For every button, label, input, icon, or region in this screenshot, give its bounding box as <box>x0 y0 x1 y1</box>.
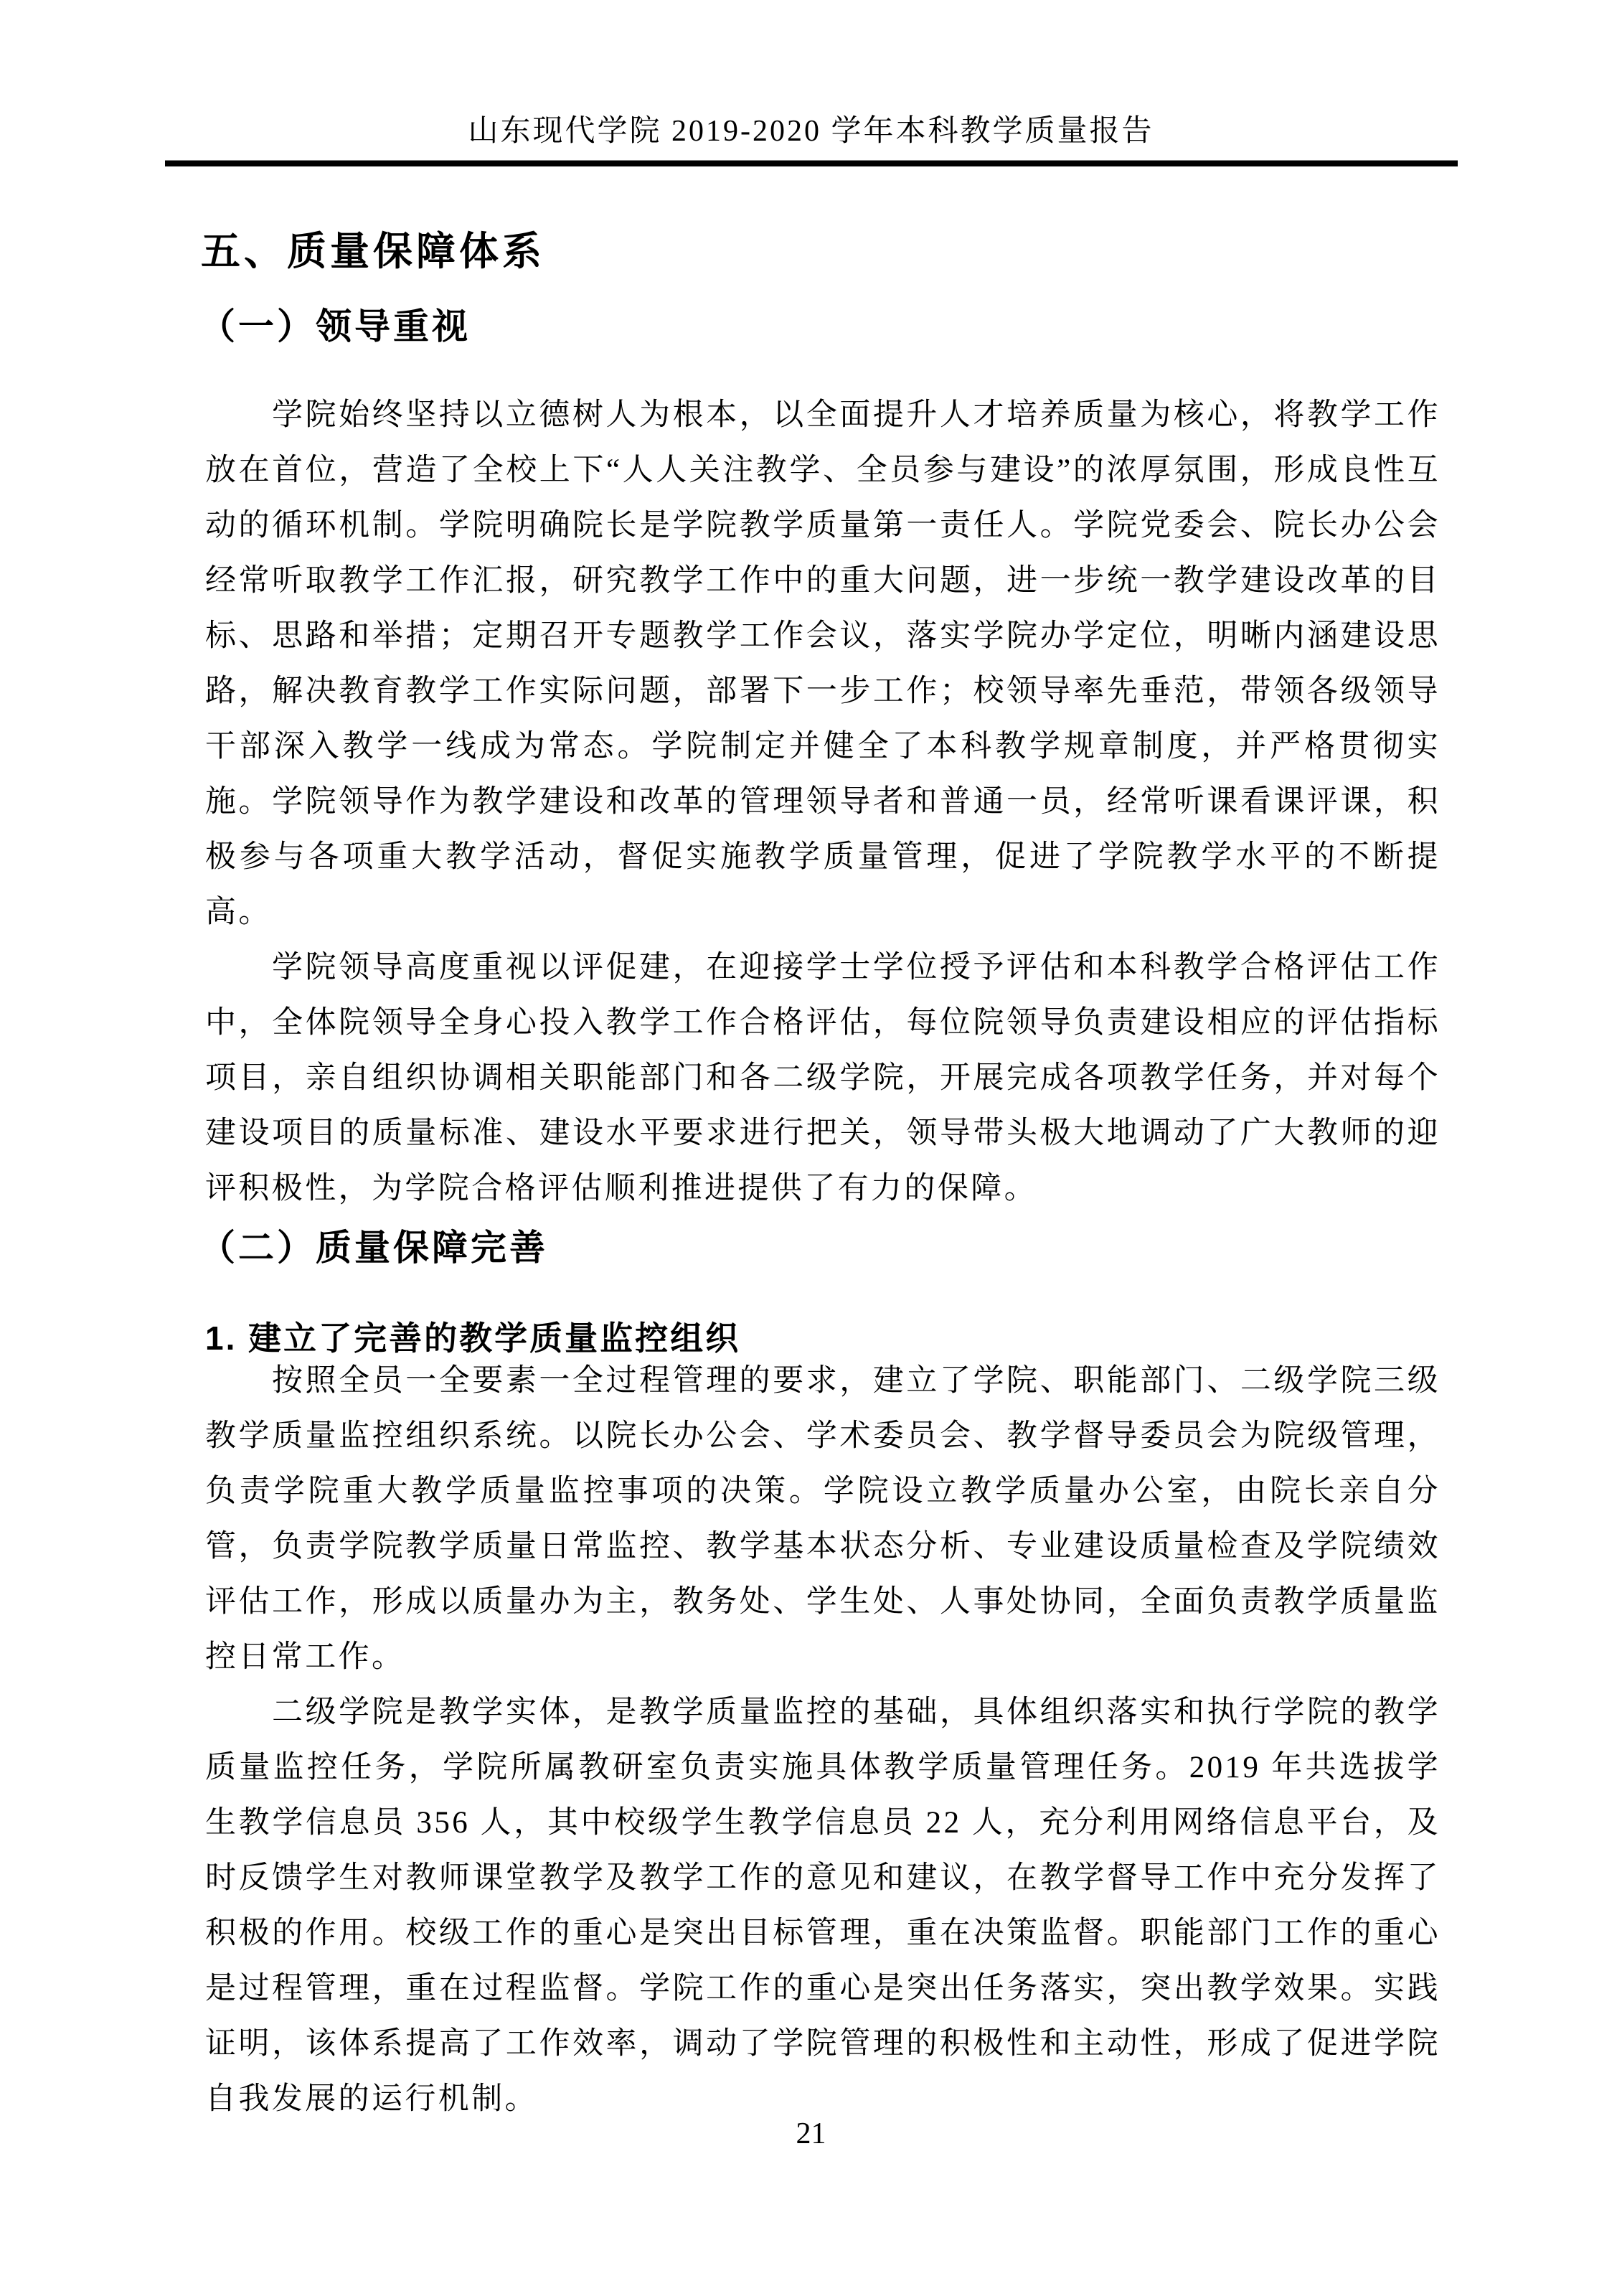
section-2-heading: （二）质量保障完善 <box>199 1228 548 1268</box>
chapter-heading: 五、质量保障体系 <box>201 230 545 273</box>
section-2-paragraph-2: 二级学院是教学实体，是教学质量监控的基础，具体组织落实和执行学院的教学质量监控任… <box>205 1685 1441 2127</box>
page-number: 21 <box>0 2117 1622 2151</box>
section-2-subsection-1-heading: 1. 建立了完善的教学质量监控组织 <box>205 1320 740 1357</box>
section-2-paragraph-1: 按照全员一全要素一全过程管理的要求，建立了学院、职能部门、二级学院三级教学质量监… <box>205 1353 1441 1685</box>
header-divider-rule <box>165 160 1458 166</box>
page-header-title: 山东现代学院 2019-2020 学年本科教学质量报告 <box>0 115 1622 148</box>
document-page: 山东现代学院 2019-2020 学年本科教学质量报告 五、质量保障体系 （一）… <box>0 0 1622 2296</box>
section-1-paragraph-1: 学院始终坚持以立德树人为根本，以全面提升人才培养质量为核心，将教学工作放在首位，… <box>205 387 1441 940</box>
section-1-paragraph-2: 学院领导高度重视以评促建，在迎接学士学位授予评估和本科教学合格评估工作中，全体院… <box>205 940 1441 1216</box>
section-1-heading: （一）领导重视 <box>199 307 471 347</box>
